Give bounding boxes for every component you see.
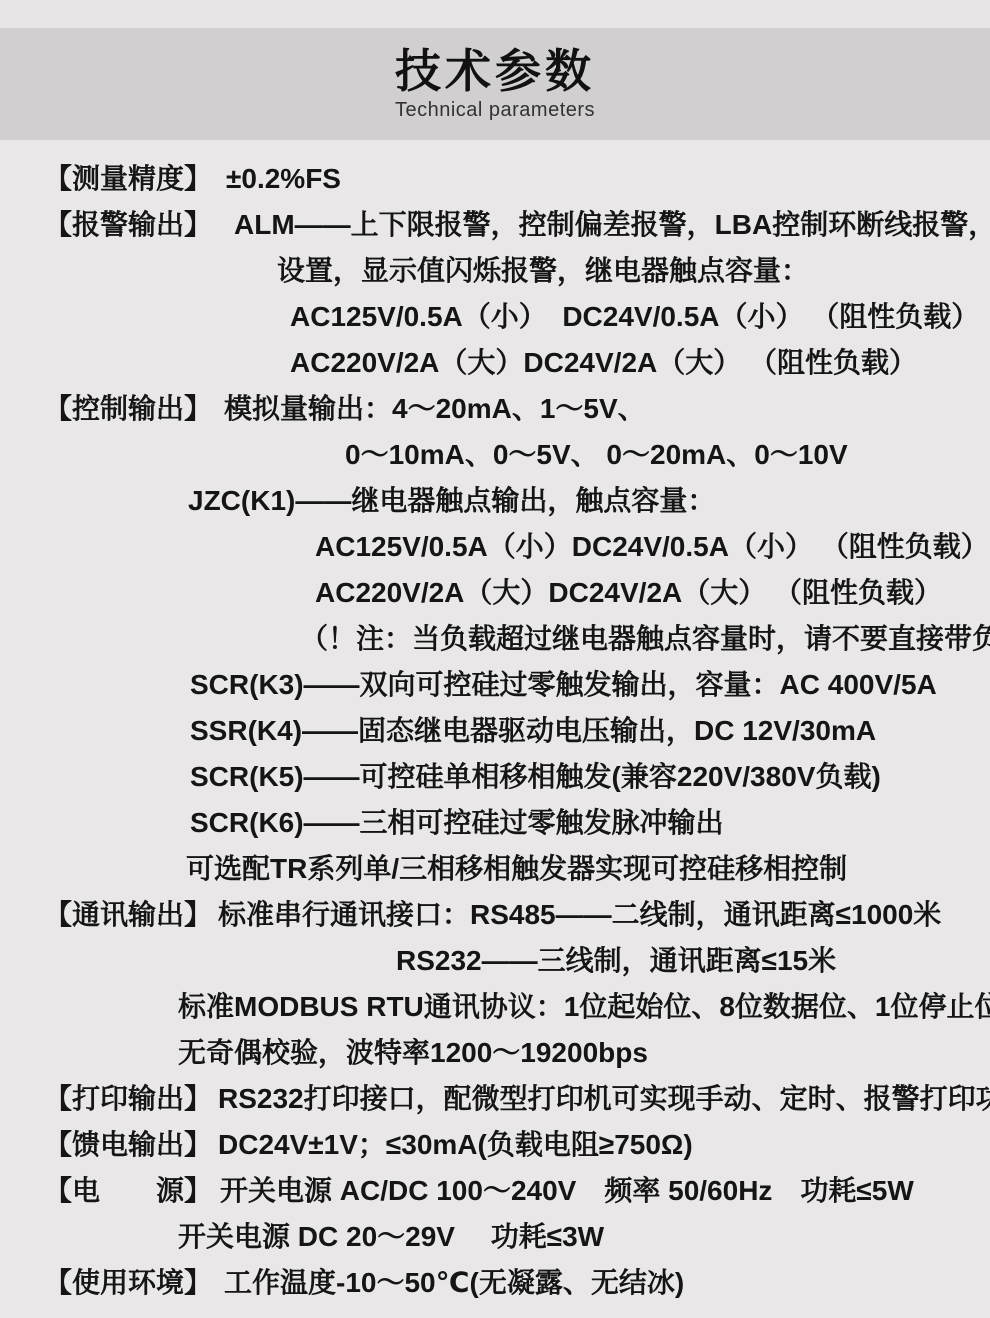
spec-text: SCR(K3)——双向可控硅过零触发输出，容量：AC 400V/5A [190,662,937,708]
spec-text: 0～10mA、0～5V、 0～20mA、0～10V [345,432,848,478]
row-print-output: 【打印输出】 RS232打印接口，配微型打印机可实现手动、定时、报警打印功能 [0,1076,990,1122]
spec-label: 【控制输出】 [44,386,212,432]
spec-text: SCR(K5)——可控硅单相移相触发(兼容220V/380V负载) [190,754,881,800]
row-scr-k3: SCR(K3)——双向可控硅过零触发输出，容量：AC 400V/5A [0,662,990,708]
row-alarm-relay-small: AC125V/0.5A（小） DC24V/0.5A（小） （阻性负载） [0,294,990,340]
row-feed-output: 【馈电输出】 DC24V±1V；≤30mA(负载电阻≥750Ω) [0,1122,990,1168]
spec-text: AC125V/0.5A（小） DC24V/0.5A（小） （阻性负载） [290,294,979,340]
spec-text: 设置，显示值闪烁报警，继电器触点容量： [277,248,809,294]
spec-text: 开关电源 DC 20～29V 功耗≤3W [178,1214,604,1260]
spec-text: DC24V±1V；≤30mA(负载电阻≥750Ω) [218,1122,693,1168]
spec-text: 标准串行通讯接口：RS485——二线制，通讯距离≤1000米 [218,892,941,938]
spec-text: 无奇偶校验，波特率1200～19200bps [178,1030,648,1076]
spec-text: ±0.2%FS [226,156,341,202]
spec-label: 【报警输出】 [44,202,212,248]
spec-text: AC125V/0.5A（小）DC24V/0.5A（小） （阻性负载） [315,524,989,570]
spec-label: 【通讯输出】 [44,892,212,938]
spec-label: 【使用环境】 [44,1260,212,1306]
row-alarm-relay-large: AC220V/2A（大）DC24V/2A（大） （阻性负载） [0,340,990,386]
row-scr-k5: SCR(K5)——可控硅单相移相触发(兼容220V/380V负载) [0,754,990,800]
header-band: 技术参数 Technical parameters [0,28,990,140]
row-tr-option: 可选配TR系列单/三相移相触发器实现可控硅移相控制 [0,846,990,892]
row-comm-output: 【通讯输出】 标准串行通讯接口：RS485——二线制，通讯距离≤1000米 [0,892,990,938]
spec-text: （！注：当负载超过继电器触点容量时，请不要直接带负载） [300,616,990,662]
spec-text: AC220V/2A（大）DC24V/2A（大） （阻性负载） [290,340,917,386]
row-power-dc: 开关电源 DC 20～29V 功耗≤3W [0,1214,990,1260]
spec-text: 工作温度-10～50℃(无凝露、无结冰) [224,1260,684,1306]
row-baudrate: 无奇偶校验，波特率1200～19200bps [0,1030,990,1076]
row-ssr-k4: SSR(K4)——固态继电器驱动电压输出，DC 12V/30mA [0,708,990,754]
spec-text: SSR(K4)——固态继电器驱动电压输出，DC 12V/30mA [190,708,876,754]
spec-label: 【电 源】 [44,1168,212,1214]
spec-text: 开关电源 AC/DC 100～240V 频率 50/60Hz 功耗≤5W [220,1168,914,1214]
spec-text: SCR(K6)——三相可控硅过零触发脉冲输出 [190,800,724,846]
row-jzc-relay-small: AC125V/0.5A（小）DC24V/0.5A（小） （阻性负载） [0,524,990,570]
row-environment: 【使用环境】 工作温度-10～50℃(无凝露、无结冰) [0,1260,990,1306]
spec-label: 【馈电输出】 [44,1122,212,1168]
row-analog-cont: 0～10mA、0～5V、 0～20mA、0～10V [0,432,990,478]
page-title: 技术参数 [395,46,595,97]
spec-text: AC220V/2A（大）DC24V/2A（大） （阻性负载） [315,570,942,616]
row-measure-accuracy: 【测量精度】 ±0.2%FS [0,156,990,202]
spec-text: 可选配TR系列单/三相移相触发器实现可控硅移相控制 [186,846,847,892]
page-subtitle: Technical parameters [395,99,595,122]
row-alarm-output: 【报警输出】 ALM——上下限报警，控制偏差报警，LBA控制环断线报警，带报回差 [0,202,990,248]
spec-text: 模拟量输出：4～20mA、1～5V、 [224,386,646,432]
technical-parameters-page: 技术参数 Technical parameters 【测量精度】 ±0.2%FS… [0,0,990,1318]
row-control-output: 【控制输出】 模拟量输出：4～20mA、1～5V、 [0,386,990,432]
spec-text: RS232打印接口，配微型打印机可实现手动、定时、报警打印功能 [218,1076,990,1122]
row-modbus: 标准MODBUS RTU通讯协议：1位起始位、8位数据位、1位停止位、 [0,984,990,1030]
spec-text: RS232——三线制，通讯距离≤15米 [396,938,836,984]
row-power-supply: 【电 源】 开关电源 AC/DC 100～240V 频率 50/60Hz 功耗≤… [0,1168,990,1214]
row-jzc-relay-large: AC220V/2A（大）DC24V/2A（大） （阻性负载） [0,570,990,616]
spec-label: 【打印输出】 [44,1076,212,1122]
row-jzc-k1: JZC(K1)——继电器触点输出，触点容量： [0,478,990,524]
row-alarm-cont-1: 设置，显示值闪烁报警，继电器触点容量： [0,248,990,294]
row-rs232-comm: RS232——三线制，通讯距离≤15米 [0,938,990,984]
spec-label: 【测量精度】 [44,156,212,202]
spec-text: ALM——上下限报警，控制偏差报警，LBA控制环断线报警，带报回差 [234,202,990,248]
row-scr-k6: SCR(K6)——三相可控硅过零触发脉冲输出 [0,800,990,846]
top-strip [0,0,990,28]
row-relay-note: （！注：当负载超过继电器触点容量时，请不要直接带负载） [0,616,990,662]
spec-text: 标准MODBUS RTU通讯协议：1位起始位、8位数据位、1位停止位、 [178,984,990,1030]
spec-text: JZC(K1)——继电器触点输出，触点容量： [188,478,715,524]
spec-list: 【测量精度】 ±0.2%FS 【报警输出】 ALM——上下限报警，控制偏差报警，… [0,140,990,1306]
